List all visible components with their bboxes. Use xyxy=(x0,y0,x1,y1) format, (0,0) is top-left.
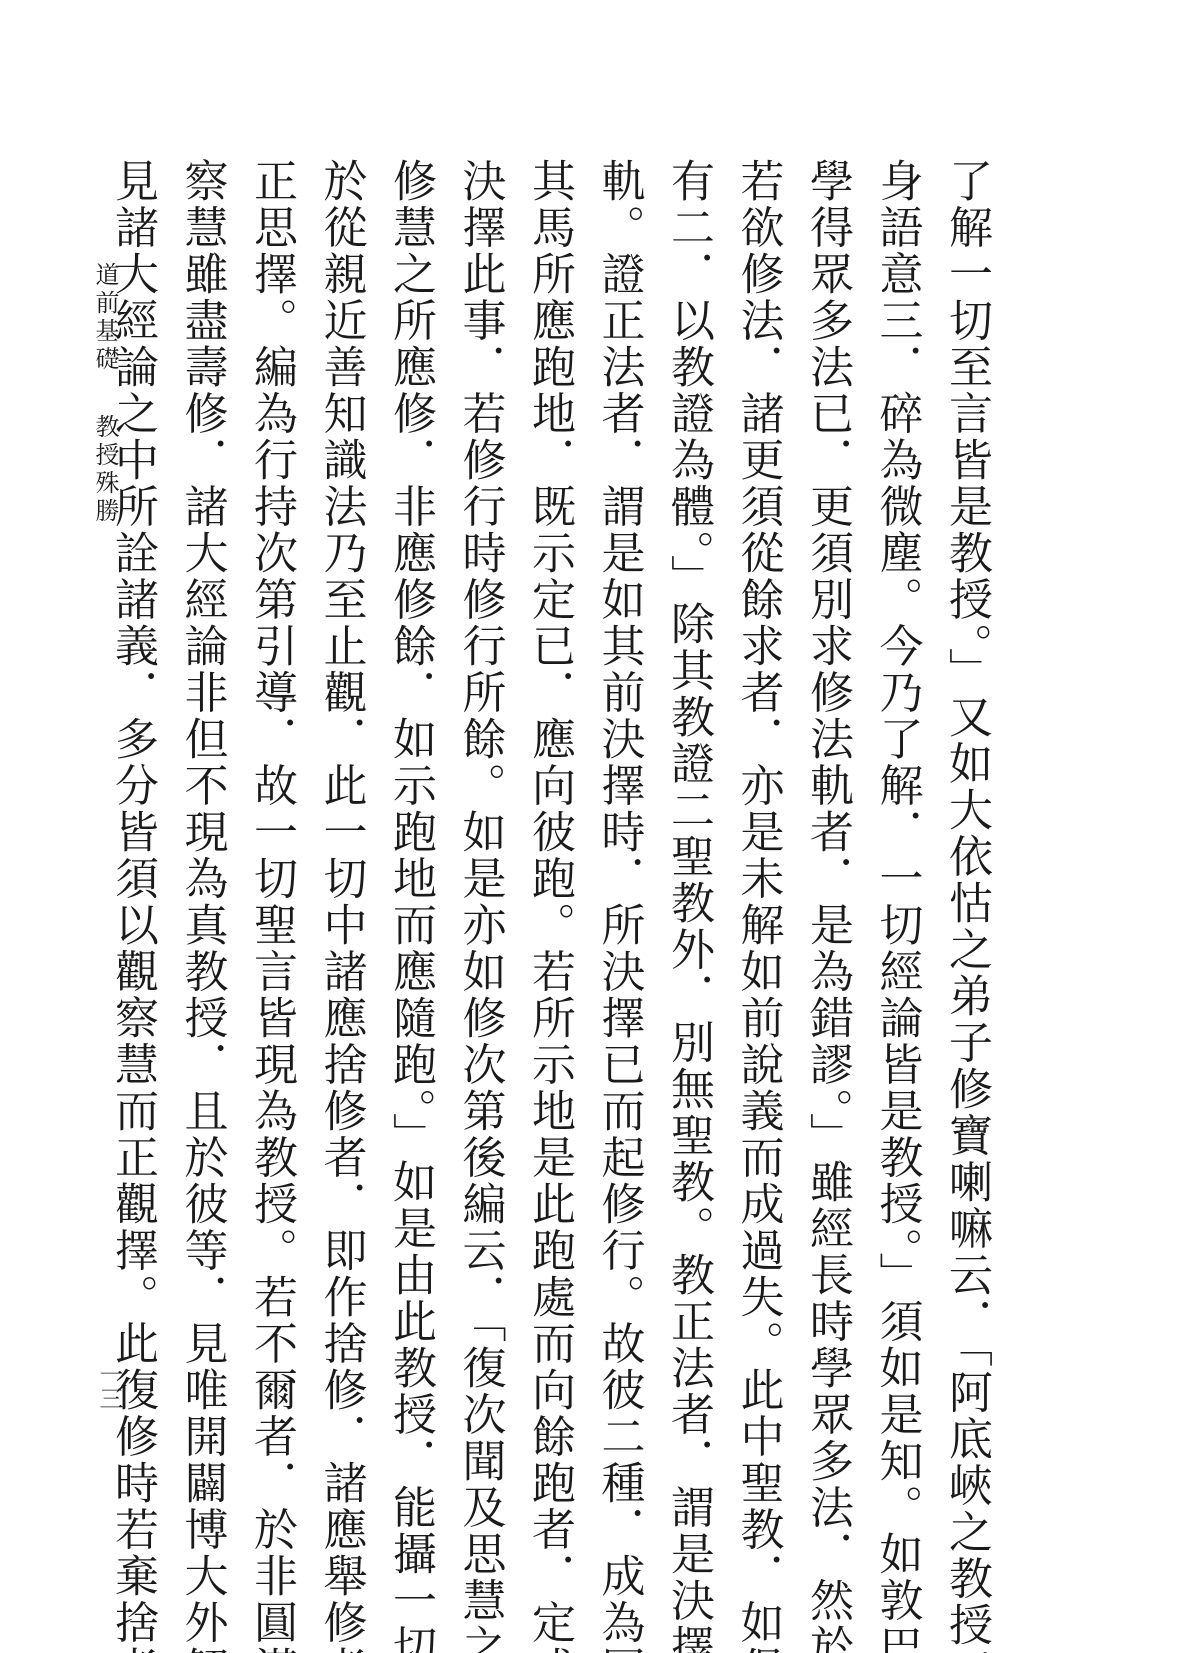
text-column: 於從親近善知識法乃至止觀．此一切中諸應捨修者．即作捨修．諸應舉修者．即以擇慧而 xyxy=(306,158,376,1458)
body-text: 了解一切至言皆是教授。」又如大依怙之弟子修寶喇嘛云．「阿底峽之教授．於一座上． … xyxy=(98,158,1002,1458)
text-column: 身語意三．碎為微塵。今乃了解．一切經論皆是教授。」須如是知。如敦巴仁波卿云．「若… xyxy=(862,158,932,1458)
text-column: 決擇此事．若修行時修行所餘。如是亦如修次第後編云．「復次聞及思慧之所通達．即是 xyxy=(445,158,515,1458)
text-column: 見諸大經論之中所詮諸義．多分皆須以觀察慧而正觀擇。此復修時若棄捨者．則於彼等 xyxy=(98,158,168,1458)
text-column: 其馬所應跑地．既示定已．應向彼跑。若所示地是此跑處而向餘跑者．定成笑事。豈可聞思 xyxy=(515,158,585,1458)
text-column: 若欲修法．諸更須從餘求者．亦是未解如前說義而成過失。此中聖教．如俱舍云．「佛正法 xyxy=(723,158,793,1458)
text-column: 軌。證正法者．謂是如其前決擇時．所決擇已而起修行。故彼二種．成為因果。如跑馬時．… xyxy=(584,158,654,1458)
text-column: 察慧雖盡壽修．諸大經論非但不現為真教授．且於彼等．見唯開闢博大外解．而謗捨之。現 xyxy=(167,158,237,1458)
text-column: 有二．以教證為體。」除其教證二聖教外．別無聖教。教正法者．謂是決擇受持道理修行正 xyxy=(654,158,724,1458)
text-column: 修慧之所應修．非應修餘．如示跑地而應隨跑。」如是由此教授．能攝一切經論道之樞要。 xyxy=(376,158,446,1458)
text-column: 學得眾多法已．更須別求修法軌者．是為錯謬。」雖經長時學眾多法．然於修軌全未能知。 xyxy=(793,158,863,1458)
text-column: 了解一切至言皆是教授。」又如大依怙之弟子修寶喇嘛云．「阿底峽之教授．於一座上． xyxy=(932,158,1002,1458)
text-column: 正思擇。編為行持次第引導．故一切聖言皆現為教授。若不爾者．於非圓滿道體一分．離觀 xyxy=(237,158,307,1458)
